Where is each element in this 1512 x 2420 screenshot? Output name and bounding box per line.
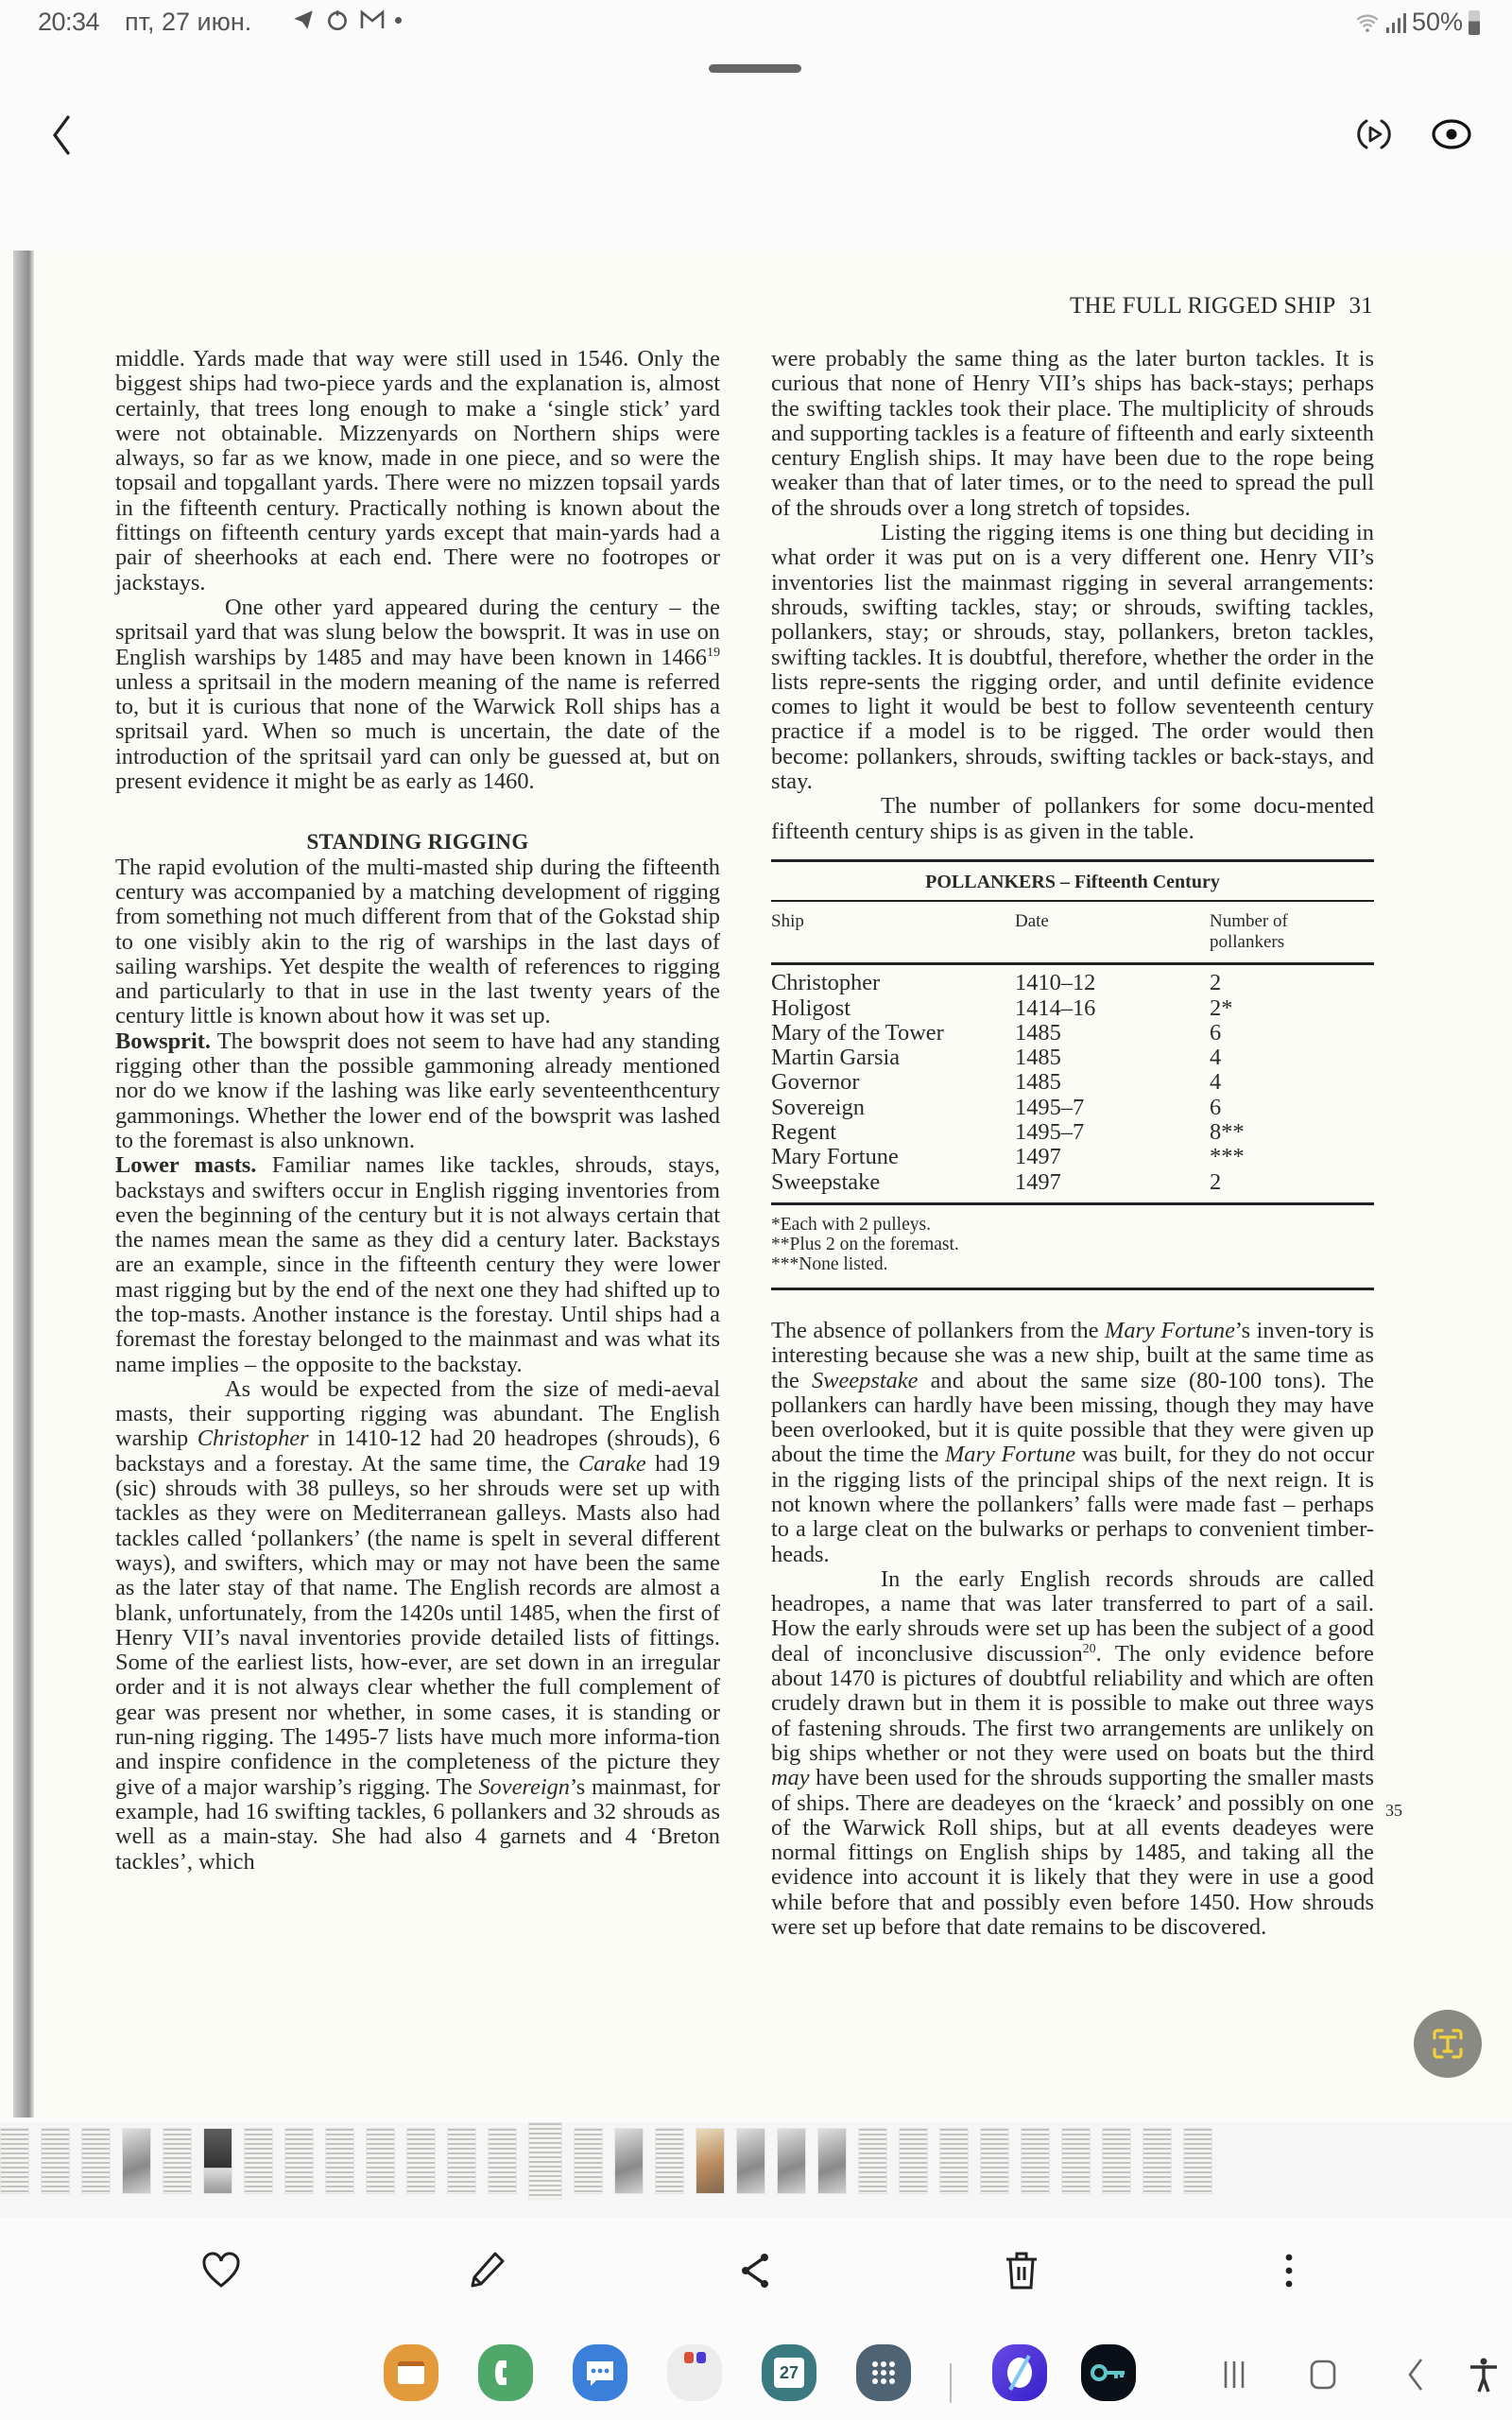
table-row: Sweepstake14972 <box>771 1170 1374 1195</box>
clock: 20:34 <box>38 8 99 37</box>
paragraph: The number of pollankers for some docu-m… <box>771 794 1374 844</box>
thumbnail[interactable] <box>0 2128 29 2194</box>
phone-app-icon[interactable] <box>478 2344 533 2401</box>
thumbnail[interactable] <box>939 2128 969 2194</box>
col-header-number: Number of pollankers <box>1210 911 1332 953</box>
thumbnail[interactable] <box>899 2128 928 2194</box>
paragraph: The absence of pollankers from the Mary … <box>771 1319 1374 1567</box>
messages-app-icon[interactable] <box>573 2344 627 2401</box>
left-column: middle. Yards made that way were still u… <box>115 347 720 1875</box>
battery-icon <box>1469 10 1480 35</box>
recents-icon[interactable] <box>1215 2356 1253 2394</box>
trash-icon[interactable] <box>999 2248 1044 2293</box>
thumbnail[interactable] <box>1061 2128 1091 2194</box>
system-indicators: 50% <box>1355 8 1480 37</box>
app-drawer-icon[interactable] <box>856 2344 911 2401</box>
thumbnail[interactable] <box>122 2128 151 2194</box>
thumbnail[interactable] <box>284 2128 314 2194</box>
table-note: **Plus 2 on the foremast. <box>771 1235 1374 1254</box>
thumbnail[interactable] <box>203 2128 232 2194</box>
footnote-ref: 20 <box>1083 1642 1096 1656</box>
table-row: Regent1495–78** <box>771 1120 1374 1145</box>
telegram-icon <box>291 8 316 32</box>
accessibility-icon[interactable] <box>1465 2356 1503 2394</box>
thumbnail[interactable] <box>325 2128 354 2194</box>
files-app-icon[interactable] <box>384 2344 438 2401</box>
table-row: Sovereign1495–76 <box>771 1096 1374 1120</box>
back-icon[interactable] <box>45 112 79 159</box>
page-number: 31 <box>1349 293 1373 319</box>
table-row: Martin Garsia14854 <box>771 1046 1374 1070</box>
action-bar <box>0 2231 1512 2307</box>
paragraph: were probably the same thing as the late… <box>771 347 1374 521</box>
right-column: were probably the same thing as the late… <box>771 347 1374 1940</box>
remaster-icon[interactable] <box>1353 113 1395 155</box>
thumbnail-strip[interactable] <box>0 2122 1512 2217</box>
text-scan-icon <box>1414 2010 1482 2078</box>
running-head: THE FULL RIGGED SHIP31 <box>1070 293 1373 320</box>
table-row: Governor14854 <box>771 1070 1374 1095</box>
book-spine <box>13 251 34 2117</box>
thumbnail[interactable] <box>488 2128 517 2194</box>
home-icon[interactable] <box>1304 2356 1342 2394</box>
paragraph: Lower masts. Familiar names like tackles… <box>115 1153 720 1377</box>
thumbnail[interactable] <box>696 2128 725 2194</box>
thumbnail[interactable] <box>244 2128 273 2194</box>
thumbnail[interactable] <box>406 2128 436 2194</box>
thumbnail[interactable] <box>1143 2128 1172 2194</box>
table-body: Christopher1410–122 Holigost1414–162* Ma… <box>771 965 1374 1202</box>
table-notes: *Each with 2 pulleys. **Plus 2 on the fo… <box>771 1205 1374 1288</box>
thumbnail[interactable] <box>614 2128 644 2194</box>
thumbnail[interactable] <box>980 2128 1009 2194</box>
calendar-date: 27 <box>774 2358 804 2388</box>
timer-icon <box>325 8 350 32</box>
subheading: Lower masts. <box>115 1152 256 1178</box>
section-heading: STANDING RIGGING <box>115 830 720 855</box>
thumbnail[interactable] <box>163 2128 192 2194</box>
text-extract-button[interactable] <box>1414 2010 1482 2078</box>
thumbnail-current[interactable] <box>528 2122 562 2200</box>
table-row: Mary of the Tower14856 <box>771 1021 1374 1046</box>
paragraph: The rapid evolution of the multi-masted … <box>115 856 720 1029</box>
margin-reference: 35 <box>1385 1801 1402 1821</box>
table-note: ***None listed. <box>771 1254 1374 1274</box>
thumbnail[interactable] <box>655 2128 684 2194</box>
back-nav-icon[interactable] <box>1397 2356 1435 2394</box>
cellular-signal-icon <box>1385 10 1406 35</box>
thumbnail[interactable] <box>41 2128 70 2194</box>
thumbnail[interactable] <box>736 2128 765 2194</box>
thumbnail[interactable] <box>1183 2128 1212 2194</box>
drag-handle[interactable] <box>709 64 801 73</box>
chapter-title: THE FULL RIGGED SHIP <box>1070 293 1336 319</box>
paragraph: In the early English records shrouds are… <box>771 1567 1374 1940</box>
pencil-icon[interactable] <box>465 2248 510 2293</box>
browser-app-icon[interactable] <box>992 2344 1047 2401</box>
paragraph: Listing the rigging items is one thing b… <box>771 521 1374 794</box>
paragraph: middle. Yards made that way were still u… <box>115 347 720 596</box>
dock-divider <box>950 2363 952 2403</box>
status-bar: 20:34 пт, 27 июн. 50% <box>0 0 1512 47</box>
thumbnail[interactable] <box>1102 2128 1131 2194</box>
heart-icon[interactable] <box>198 2248 244 2293</box>
gmail-icon <box>359 9 386 31</box>
taskbar: 27 <box>0 2335 1512 2411</box>
footnote-ref: 19 <box>707 645 720 659</box>
notification-icons <box>291 8 402 32</box>
calendar-app-icon[interactable]: 27 <box>762 2344 816 2401</box>
col-header-date: Date <box>1015 911 1210 953</box>
pollankers-table: POLLANKERS – Fifteenth Century Ship Date… <box>771 859 1374 1290</box>
table-row: Christopher1410–122 <box>771 971 1374 995</box>
col-header-ship: Ship <box>771 911 1015 953</box>
share-icon[interactable] <box>732 2248 778 2293</box>
table-row: Holigost1414–162* <box>771 996 1374 1021</box>
passwords-app-icon[interactable] <box>1081 2344 1136 2401</box>
table-row: Mary Fortune1497*** <box>771 1145 1374 1169</box>
table-header: Ship Date Number of pollankers <box>771 902 1374 962</box>
app-folder-icon[interactable] <box>667 2344 722 2401</box>
thumbnail[interactable] <box>574 2128 603 2194</box>
battery-percent: 50% <box>1412 8 1463 37</box>
thumbnail[interactable] <box>858 2128 887 2194</box>
table-rule <box>771 1288 1374 1290</box>
table-title: POLLANKERS – Fifteenth Century <box>771 862 1374 900</box>
thumbnail[interactable] <box>1021 2128 1050 2194</box>
thumbnail[interactable] <box>817 2128 847 2194</box>
thumbnail[interactable] <box>447 2128 476 2194</box>
wifi-icon <box>1355 10 1380 35</box>
thumbnail[interactable] <box>777 2128 806 2194</box>
view-icon[interactable] <box>1431 113 1472 155</box>
dot-icon <box>395 17 402 24</box>
thumbnail[interactable] <box>81 2128 111 2194</box>
subheading: Bowsprit. <box>115 1028 211 1054</box>
paragraph: One other yard appeared during the centu… <box>115 596 720 794</box>
paragraph: As would be expected from the size of me… <box>115 1377 720 1875</box>
date: пт, 27 июн. <box>125 8 251 37</box>
paragraph: Bowsprit. The bowsprit does not seem to … <box>115 1029 720 1153</box>
more-vertical-icon[interactable] <box>1266 2248 1312 2293</box>
thumbnail[interactable] <box>366 2128 395 2194</box>
table-note: *Each with 2 pulleys. <box>771 1215 1374 1235</box>
